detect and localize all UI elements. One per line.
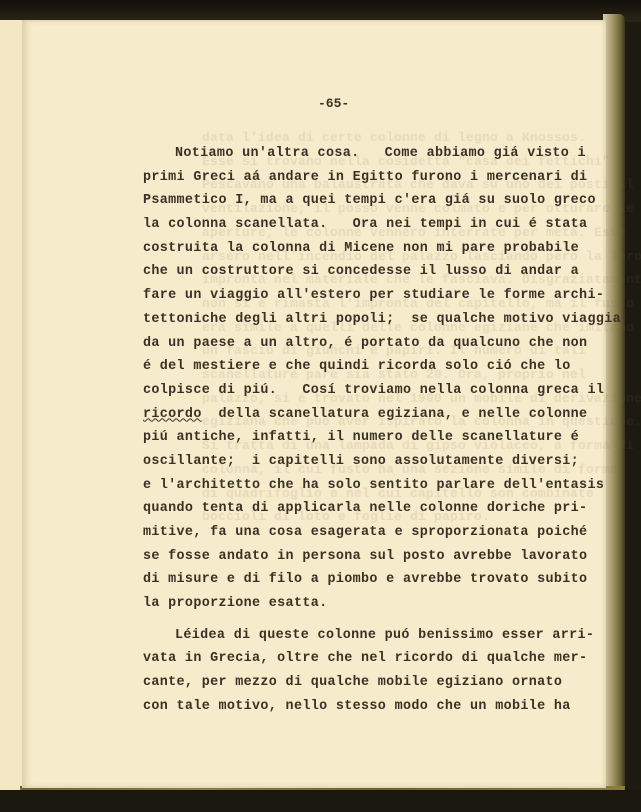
body-text: Notiamo un'altra cosa. Come abbiamo giá … <box>143 142 621 719</box>
text-line: da un paese a un altro, é portato da qua… <box>143 332 621 356</box>
text-line: quando tenta di applicarla nelle colonne… <box>143 497 621 521</box>
paragraph-1: Notiamo un'altra cosa. Come abbiamo giá … <box>143 142 621 616</box>
text-line: costruita la colonna di Micene non mi pa… <box>143 237 621 261</box>
text-line: la proporzione esatta. <box>143 592 621 616</box>
page-number: -65- <box>318 96 349 111</box>
text-line: di misure e di filo a piombo e avrebbe t… <box>143 568 621 592</box>
text-line: Notiamo un'altra cosa. Come abbiamo giá … <box>143 142 621 166</box>
text-line: e l'architetto che ha solo sentito parla… <box>143 474 621 498</box>
text-line: tettoniche degli altri popoli; se qualch… <box>143 308 621 332</box>
underlined-word: ricordo <box>143 407 202 422</box>
text-line: ricordo della scanellatura egiziana, e n… <box>143 403 621 427</box>
scanner-bottom-border <box>0 790 641 812</box>
text-line: oscillante; i capitelli sono assolutamen… <box>143 450 621 474</box>
text-line: con tale motivo, nello stesso modo che u… <box>143 695 621 719</box>
text-line: che un costruttore si concedesse il luss… <box>143 260 621 284</box>
text-line: Léidea di queste colonne puó benissimo e… <box>143 624 621 648</box>
text-line: la colonna scanellata. Ora nei tempi in … <box>143 213 621 237</box>
paragraph-2: Léidea di queste colonne puó benissimo e… <box>143 624 621 719</box>
text-line: é del mestiere e che quindi ricorda solo… <box>143 355 621 379</box>
text-line: primi Greci aá andare in Egitto furono i… <box>143 166 621 190</box>
text-line: fare un viaggio all'estero per studiare … <box>143 284 621 308</box>
text-line: cante, per mezzo di qualche mobile egizi… <box>143 671 621 695</box>
text-line: Psammetico I, ma a quei tempi c'era giá … <box>143 189 621 213</box>
scanner-top-border <box>0 0 641 22</box>
text-line: vata in Grecia, oltre che nel ricordo di… <box>143 647 621 671</box>
text-line: colpisce di piú. Cosí troviamo nella col… <box>143 379 621 403</box>
text-line: piú antiche, infatti, il numero delle sc… <box>143 426 621 450</box>
line-remainder: della scanellatura egiziana, e nelle col… <box>202 407 588 422</box>
facing-page-edge <box>0 20 24 790</box>
text-line: se fosse andato in persona sul posto avr… <box>143 545 621 569</box>
text-line: mitive, fa una cosa esagerata e sproporz… <box>143 521 621 545</box>
